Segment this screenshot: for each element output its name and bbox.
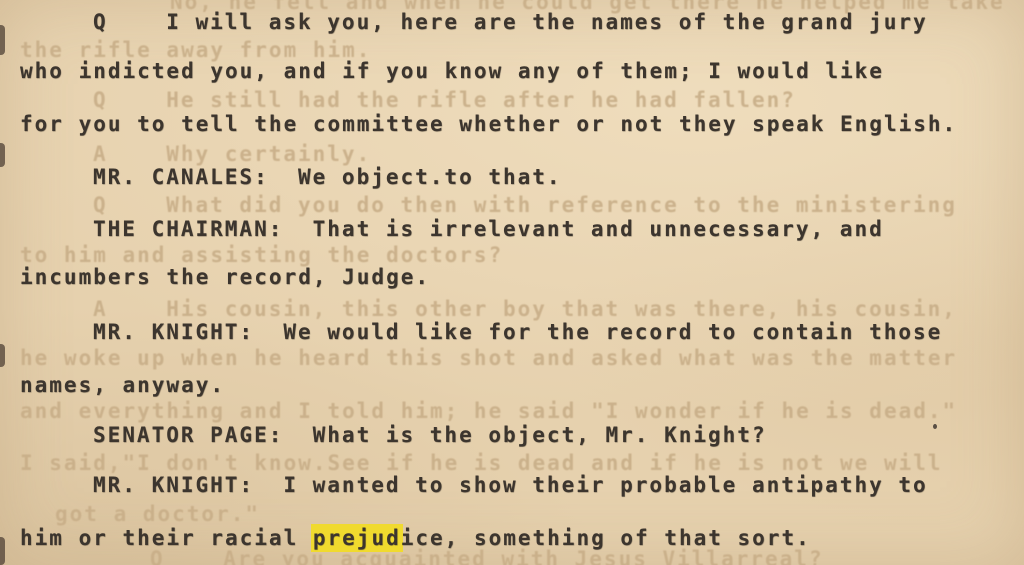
- typed-line: names, anyway.: [20, 372, 225, 398]
- typed-line: MR. KNIGHT: We would like for the record…: [93, 319, 942, 345]
- scan-edge-artifact: [0, 25, 5, 55]
- typed-line: Q I will ask you, here are the names of …: [93, 9, 928, 35]
- document-page: No, he fell and when he could get there …: [0, 0, 1024, 565]
- scan-edge-artifact: [0, 143, 5, 167]
- ink-dot: [933, 424, 937, 429]
- highlighted-word: prejud: [313, 526, 401, 550]
- typed-line: SENATOR PAGE: What is the object, Mr. Kn…: [93, 422, 767, 448]
- bleedthrough-line: Q He still had the rifle after he had fa…: [93, 87, 796, 113]
- typed-line: THE CHAIRMAN: That is irrelevant and unn…: [93, 216, 884, 242]
- scan-edge-artifact: [0, 344, 5, 367]
- typed-line: who indicted you, and if you know any of…: [20, 58, 884, 84]
- bleedthrough-line: Q What did you do then with reference to…: [93, 192, 957, 218]
- bleedthrough-line: he woke up when he heard this shot and a…: [20, 345, 957, 371]
- scan-edge-artifact: [0, 537, 5, 565]
- typed-line: MR. CANALES: We object.to that.: [93, 164, 562, 190]
- typed-line: MR. KNIGHT: I wanted to show their proba…: [93, 472, 928, 498]
- typed-line: incumbers the record, Judge.: [20, 264, 430, 290]
- typed-text: ice, something of that sort.: [401, 526, 811, 550]
- typed-line-with-highlight: him or their racial prejudice, something…: [20, 525, 811, 551]
- bleedthrough-line: and everything and I told him; he said "…: [20, 398, 957, 424]
- typed-text: him or their racial: [20, 526, 313, 550]
- typed-line: for you to tell the committee whether or…: [20, 111, 957, 137]
- bleedthrough-line: got a doctor.": [55, 501, 260, 527]
